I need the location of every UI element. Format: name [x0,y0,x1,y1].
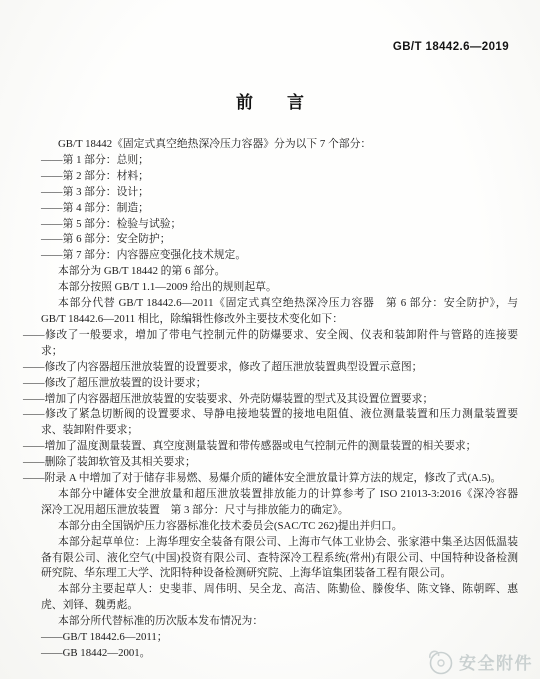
watermark: 安全附件 [426,648,533,675]
list-item-change-2: ——修改了内容器超压泄放装置的设置要求，修改了超压泄放装置典型设置示意图； [41,360,518,376]
watermark-label: 安全附件 [459,649,533,674]
list-item-part-1: ——第 1 部分：总则； [41,153,518,169]
page-title: 前 言 [0,88,540,113]
safety-accessory-logo-icon [426,648,453,675]
drafters-paragraph: 本部分主要起草人：史斐菲、周伟明、吴全龙、高洁、陈勤俭、滕俊华、陈文锋、陈朝晖、… [41,582,518,614]
iso-reference-paragraph: 本部分中罐体安全泄放量和超压泄放装置排放能力的计算参考了 ISO 21013-3… [41,487,518,519]
list-item-change-3: ——修改了超压泄放装置的设计要求； [41,376,518,392]
list-item-change-7: ——删除了装卸软管及其相关要求； [41,455,518,471]
list-item-part-7: ——第 7 部分：内容器应变强化技术规定。 [41,248,518,264]
list-item-change-8: ——附录 A 中增加了对于储存非易燃、易爆介质的罐体安全泄放量计算方法的规定，修… [41,471,518,487]
intro-paragraph: GB/T 18442《固定式真空绝热深冷压力容器》分为以下 7 个部分： [41,137,518,153]
part6-paragraph: 本部分为 GB/T 18442 的第 6 部分。 [41,264,518,280]
list-item-part-3: ——第 3 部分：设计； [41,185,518,201]
list-item-change-1: ——修改了一般要求，增加了带电气控制元件的防爆要求、安全阀、仪表和装卸附件与管路… [41,328,518,360]
committee-paragraph: 本部分由全国锅炉压力容器标准化技术委员会(SAC/TC 262)提出并归口。 [41,519,518,535]
list-item-part-2: ——第 2 部分：材料； [41,169,518,185]
foreword-body: GB/T 18442《固定式真空绝热深冷压力容器》分为以下 7 个部分： ——第… [41,137,518,662]
document-page: GB/T 18442.6—2019 前 言 GB/T 18442《固定式真空绝热… [0,0,540,679]
list-item-change-6: ——增加了温度测量装置、真空度测量装置和带传感器或电气控制元件的测量装置的相关要… [41,439,518,455]
replacement-paragraph: 本部分代替 GB/T 18442.6—2011《固定式真空绝热深冷压力容器 第 … [41,296,518,328]
history-intro-paragraph: 本部分所代替标准的历次版本发布情况为： [41,614,518,630]
list-item-part-6: ——第 6 部分：安全防护； [41,232,518,248]
list-item-change-5: ——修改了紧急切断阀的设置要求、导静电接地装置的接地电阻值、液位测量装置和压力测… [41,407,518,439]
list-item-history-1: ——GB/T 18442.6—2011； [41,630,518,646]
drafting-rules-paragraph: 本部分按照 GB/T 1.1—2009 给出的规则起草。 [41,280,518,296]
list-item-part-4: ——第 4 部分：制造； [41,201,518,217]
standard-number: GB/T 18442.6—2019 [393,41,509,53]
list-item-part-5: ——第 5 部分：检验与试验； [41,217,518,233]
drafting-orgs-paragraph: 本部分起草单位：上海华理安全装备有限公司、上海市气体工业协会、张家港中集圣达因低… [41,535,518,583]
list-item-change-4: ——增加了内容器超压泄放装置的安装要求、外壳防爆装置的型式及其设置位置要求； [41,392,518,408]
